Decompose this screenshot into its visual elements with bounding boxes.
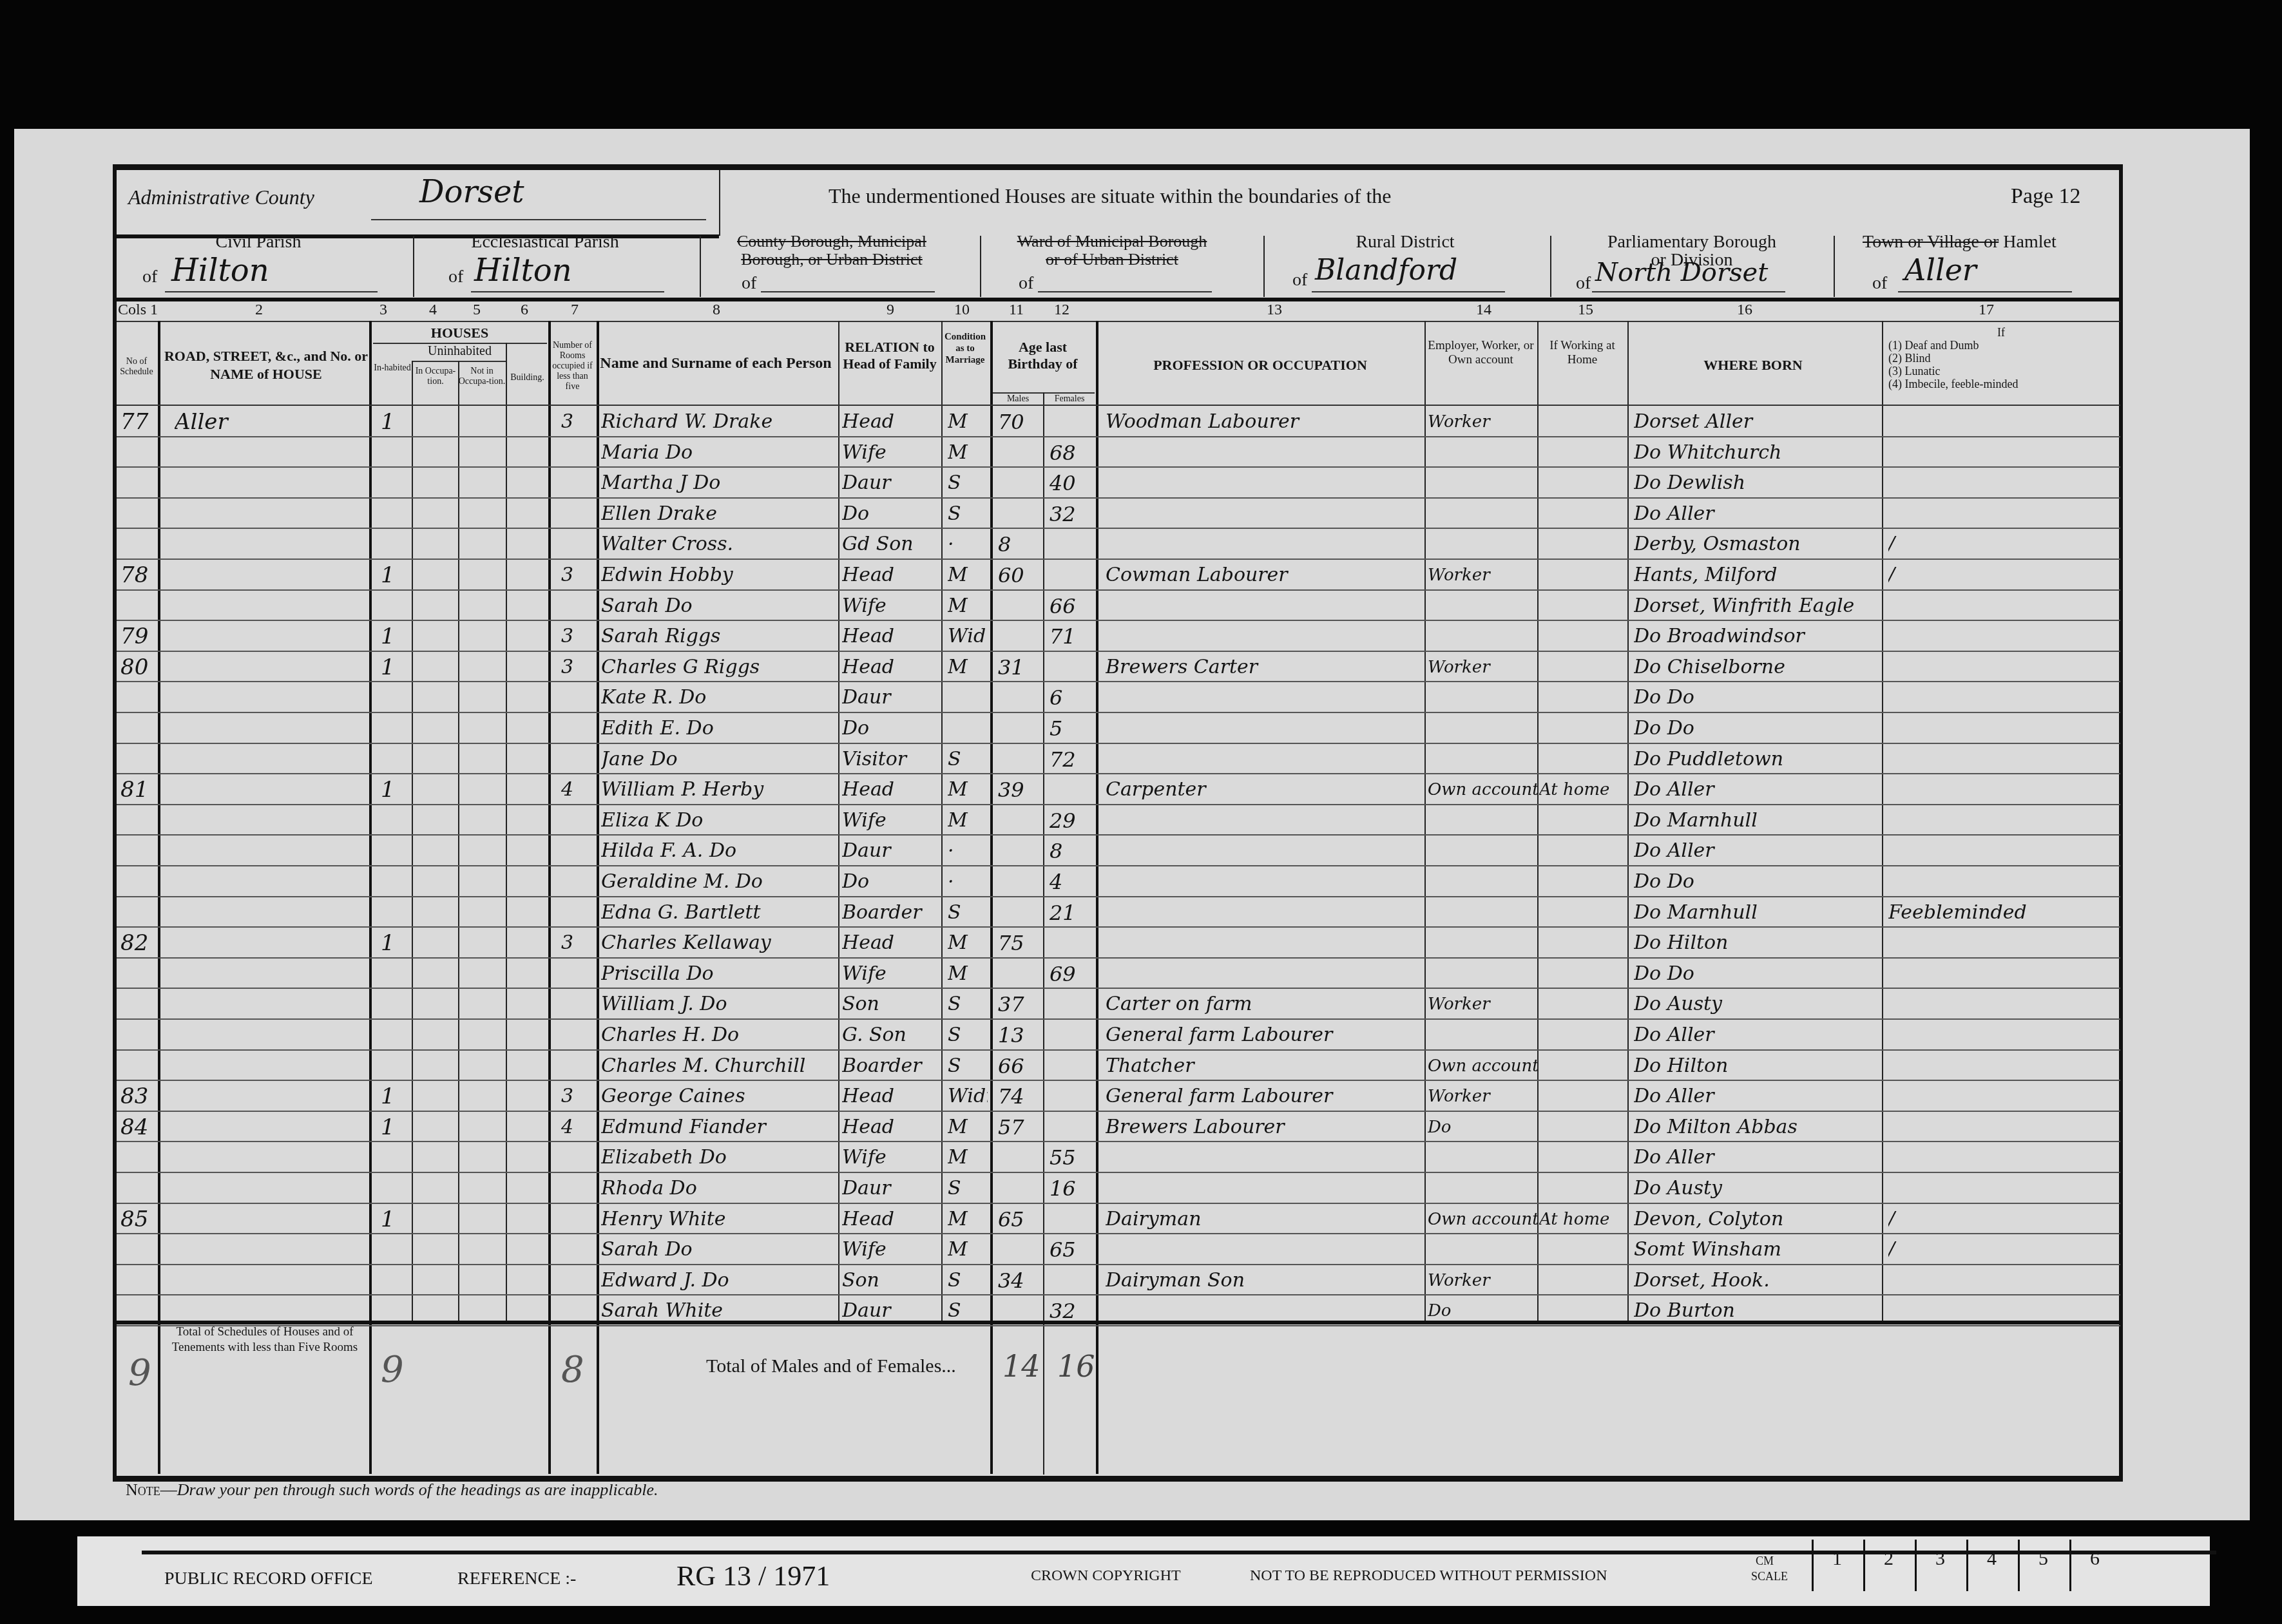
- cell-male-age: 70: [998, 408, 1042, 436]
- table-row: Jane DoVisitorS72Do Puddletown: [117, 744, 2120, 775]
- header-relation: RELATION to Head of Family: [841, 339, 938, 372]
- cell-female-age: 68: [1050, 439, 1093, 467]
- page-number: Page 12: [2011, 184, 2081, 209]
- cell-relation: Boarder: [842, 1052, 939, 1080]
- cell-male-age: 75: [998, 929, 1042, 957]
- ward-label-2: or of Urban District: [983, 250, 1241, 269]
- cell-schedule: 79: [120, 622, 157, 651]
- cell-relation: Head: [842, 1205, 939, 1234]
- rural-district-underline: [1312, 291, 1505, 292]
- ecclesiastical-parish-underline: [471, 291, 664, 292]
- col-number-16: 16: [1737, 301, 1752, 319]
- table-row: 8213Charles KellawayHeadM75Do Hilton: [117, 928, 2120, 959]
- cell-condition: M: [948, 776, 988, 804]
- hamlet-value: Aller: [1904, 253, 1977, 287]
- cell-name: Hilda F. A. Do: [601, 837, 836, 865]
- crown-copyright: CROWN COPYRIGHT: [1031, 1567, 1181, 1585]
- cell-employment: Do: [1428, 1113, 1537, 1142]
- table-row: 8414Edmund FianderHeadM57Brewers Laboure…: [117, 1112, 2120, 1143]
- table-row: Geraldine M. DoDo·4Do Do: [117, 866, 2120, 897]
- note-text: Draw your pen through such words of the …: [177, 1480, 658, 1499]
- cell-occupation: Brewers Carter: [1106, 653, 1421, 682]
- cell-relation: Daur: [842, 1174, 939, 1203]
- header-uninhabited: Uninhabited: [413, 344, 506, 359]
- cell-employment: Worker: [1428, 653, 1537, 682]
- district-divider: [980, 236, 981, 297]
- cell-condition: S: [948, 469, 988, 497]
- cell-relation: Son: [842, 990, 939, 1018]
- table-row: William J. DoSonS37Carter on farmWorkerD…: [117, 989, 2120, 1020]
- cell-female-age: 66: [1050, 592, 1093, 620]
- cell-condition: M: [948, 929, 988, 957]
- header-rooms: Number of Rooms occupied if less than fi…: [551, 341, 593, 392]
- cell-rooms: 4: [561, 776, 593, 804]
- cell-relation: Daur: [842, 683, 939, 712]
- header-at-home: If Working at Home: [1540, 339, 1624, 367]
- cell-name: Sarah Riggs: [601, 622, 836, 651]
- cell-born: Do Do: [1634, 714, 1882, 743]
- header-condition: Condition as to Marriage: [943, 331, 987, 366]
- cell-name: Edwin Hobby: [601, 561, 836, 589]
- cell-born: Do Hilton: [1634, 1052, 1882, 1080]
- scale-mark: 1: [1812, 1540, 1861, 1591]
- cell-name: Walter Cross.: [601, 530, 836, 559]
- table-row: 8013Charles G RiggsHeadM31Brewers Carter…: [117, 652, 2120, 683]
- cell-name: Geraldine M. Do: [601, 868, 836, 896]
- cell-relation: Wife: [842, 807, 939, 835]
- cell-relation: G. Son: [842, 1021, 939, 1049]
- boundary-text: The undermentioned Houses are situate wi…: [829, 184, 1392, 208]
- col-number-1: Cols 1: [118, 301, 158, 319]
- col-number-12: 12: [1054, 301, 1069, 319]
- admin-county-box-edge: [719, 170, 720, 236]
- scale-mark: 3: [1915, 1540, 1964, 1591]
- civil-parish-label: Civil Parish: [129, 232, 387, 253]
- infirmity-if: If: [1888, 326, 2114, 339]
- header-divider: [117, 298, 2120, 301]
- total-schedules-label: Total of Schedules of Houses and of Tene…: [165, 1324, 365, 1355]
- total-inhabited-value: 9: [381, 1349, 404, 1391]
- cell-name: Edna G. Bartlett: [601, 899, 836, 927]
- cell-schedule: 78: [120, 561, 157, 589]
- header-schedule: No of Schedule: [117, 357, 157, 377]
- cell-female-age: 21: [1050, 899, 1093, 927]
- cell-occupation: Dairyman Son: [1106, 1266, 1421, 1295]
- cell-condition: S: [948, 1021, 988, 1049]
- permission-notice: NOT TO BE REPRODUCED WITHOUT PERMISSION: [1250, 1567, 1607, 1585]
- cell-schedule: 84: [120, 1113, 157, 1142]
- table-row: Hilda F. A. DoDaur·8Do Aller: [117, 836, 2120, 866]
- cell-relation: Head: [842, 929, 939, 957]
- header-in-occupation: In Occupa-tion.: [413, 367, 458, 387]
- cell-born: Do Whitchurch: [1634, 439, 1882, 467]
- cell-relation: Son: [842, 1266, 939, 1295]
- cell-condition: M: [948, 439, 988, 467]
- cell-relation: Wife: [842, 1143, 939, 1172]
- cell-occupation: Thatcher: [1106, 1052, 1421, 1080]
- cell-male-age: 34: [998, 1266, 1042, 1295]
- table-row: Elizabeth DoWifeM55Do Aller: [117, 1142, 2120, 1173]
- col-number-6: 6: [521, 301, 528, 319]
- header-age: Age last Birthday of: [993, 339, 1093, 372]
- civil-parish-of: of: [142, 267, 157, 287]
- cell-occupation: General farm Labourer: [1106, 1021, 1421, 1049]
- parliamentary-underline: [1592, 291, 1785, 292]
- admin-county-label: Administrative County: [128, 186, 314, 209]
- reference-label: REFERENCE :-: [457, 1569, 576, 1589]
- cell-female-age: 69: [1050, 960, 1093, 988]
- cell-occupation: Cowman Labourer: [1106, 561, 1421, 589]
- cell-male-age: 37: [998, 990, 1042, 1018]
- cell-relation: Head: [842, 408, 939, 436]
- district-divider: [700, 236, 701, 297]
- ward-label-1: Ward of Municipal Borough: [983, 232, 1241, 251]
- cell-inhabited: 1: [381, 653, 407, 682]
- table-row: Ellen DrakeDoS32Do Aller: [117, 499, 2120, 530]
- col-number-5: 5: [473, 301, 481, 319]
- cell-at-home: At home: [1539, 776, 1626, 804]
- cell-name: Kate R. Do: [601, 683, 836, 712]
- table-row: Edward J. DoSonS34Dairyman SonWorkerDors…: [117, 1265, 2120, 1296]
- col-number-2: 2: [255, 301, 263, 319]
- cell-relation: Daur: [842, 469, 939, 497]
- header-building: Building.: [506, 373, 548, 383]
- scale-label-cm: CM: [1756, 1554, 1774, 1568]
- cell-born: Do Aller: [1634, 1082, 1882, 1111]
- cell-rooms: 3: [561, 622, 593, 651]
- cell-condition: ·: [948, 868, 988, 896]
- county-borough-label-1: County Borough, Municipal: [703, 232, 961, 251]
- cell-relation: Do: [842, 868, 939, 896]
- col-number-divider: [117, 321, 2120, 322]
- table-row: 7913Sarah RiggsHeadWid71Do Broadwindsor: [117, 621, 2120, 652]
- cell-condition: S: [948, 1266, 988, 1295]
- record-office-label: PUBLIC RECORD OFFICE: [164, 1569, 373, 1589]
- scale-mark: 2: [1863, 1540, 1912, 1591]
- total-females-value: 16: [1057, 1349, 1095, 1384]
- rural-district-value: Blandford: [1315, 254, 1457, 287]
- cell-name: Charles Kellaway: [601, 929, 836, 957]
- cell-employment: Own account: [1428, 776, 1537, 804]
- cell-condition: M: [948, 1143, 988, 1172]
- scale-mark: 6: [2069, 1540, 2118, 1591]
- cell-condition: M: [948, 653, 988, 682]
- cell-name: Maria Do: [601, 439, 836, 467]
- header-houses: HOUSES: [374, 325, 545, 341]
- table-row: Edith E. DoDo5Do Do: [117, 713, 2120, 744]
- table-row: Kate R. DoDaur6Do Do: [117, 682, 2120, 713]
- cell-schedule: 81: [120, 776, 157, 804]
- cell-born: Do Hilton: [1634, 929, 1882, 957]
- cell-employment: Worker: [1428, 990, 1537, 1018]
- civil-parish-underline: [165, 291, 378, 292]
- cell-name: Jane Do: [601, 745, 836, 774]
- cell-rooms: 4: [561, 1113, 593, 1142]
- hamlet-underline: [1898, 291, 2072, 292]
- cell-name: Sarah Do: [601, 1236, 836, 1264]
- cell-inhabited: 1: [381, 408, 407, 436]
- cell-name: Edmund Fiander: [601, 1113, 836, 1142]
- totals-divider: [117, 1321, 2120, 1324]
- rural-district-label: Rural District: [1267, 232, 1544, 253]
- table-row: Sarah DoWifeM65Somt Winsham/: [117, 1234, 2120, 1265]
- cell-male-age: 60: [998, 561, 1042, 589]
- col-number-4: 4: [429, 301, 437, 319]
- cell-schedule: 77: [120, 408, 157, 436]
- cell-inhabited: 1: [381, 622, 407, 651]
- cell-born: Somt Winsham: [1634, 1236, 1882, 1264]
- cell-rooms: 3: [561, 929, 593, 957]
- cell-born: Do Aller: [1634, 837, 1882, 865]
- table-row: Edna G. BartlettBoarderS21Do MarnhullFee…: [117, 897, 2120, 928]
- parliamentary-of: of: [1576, 273, 1591, 294]
- cell-infirmity: /: [1888, 1236, 2114, 1264]
- cell-female-age: 71: [1050, 622, 1093, 651]
- cell-relation: Do: [842, 714, 939, 743]
- cell-female-age: 4: [1050, 868, 1093, 896]
- cell-employment: Own account: [1428, 1052, 1537, 1080]
- cell-road: Aller: [175, 408, 361, 436]
- cell-occupation: General farm Labourer: [1106, 1082, 1421, 1111]
- cell-rooms: 3: [561, 1082, 593, 1111]
- cell-born: Do Puddletown: [1634, 745, 1882, 774]
- cell-born: Do Austy: [1634, 1174, 1882, 1203]
- cell-occupation: Dairyman: [1106, 1205, 1421, 1234]
- hamlet-label-kept: Hamlet: [2003, 232, 2056, 252]
- header-males: Males: [993, 394, 1043, 405]
- district-divider: [1263, 236, 1265, 297]
- cell-employment: Worker: [1428, 408, 1537, 436]
- cell-rooms: 3: [561, 408, 593, 436]
- cell-female-age: 32: [1050, 500, 1093, 528]
- cell-condition: S: [948, 745, 988, 774]
- header-where-born: WHERE BORN: [1627, 357, 1879, 374]
- cell-relation: Head: [842, 776, 939, 804]
- row-rule: [117, 1325, 2120, 1326]
- cell-male-age: 65: [998, 1205, 1042, 1234]
- county-borough-of: of: [742, 273, 756, 294]
- cell-male-age: 74: [998, 1082, 1042, 1111]
- cell-male-age: 57: [998, 1113, 1042, 1142]
- cell-relation: Head: [842, 1113, 939, 1142]
- cell-schedule: 80: [120, 653, 157, 682]
- table-row: 7813Edwin HobbyHeadM60Cowman LabourerWor…: [117, 560, 2120, 591]
- scale-mark: 5: [2018, 1540, 2067, 1591]
- cell-inhabited: 1: [381, 776, 407, 804]
- table-row: Charles M. ChurchillBoarderS66ThatcherOw…: [117, 1051, 2120, 1082]
- hamlet-label: Town or Village or Hamlet: [1863, 232, 2057, 253]
- cell-name: Henry White: [601, 1205, 836, 1234]
- col-number-3: 3: [379, 301, 387, 319]
- header-infirmity: If (1) Deaf and Dumb (2) Blind (3) Lunat…: [1888, 326, 2114, 390]
- cell-female-age: 6: [1050, 683, 1093, 712]
- cell-female-age: 55: [1050, 1143, 1093, 1172]
- cell-relation: Head: [842, 622, 939, 651]
- cell-condition: Widr: [948, 1082, 988, 1111]
- cell-female-age: 29: [1050, 807, 1093, 835]
- cell-name: Charles M. Churchill: [601, 1052, 836, 1080]
- table-row: 8114William P. HerbyHeadM39CarpenterOwn …: [117, 774, 2120, 805]
- cell-occupation: Carpenter: [1106, 776, 1421, 804]
- cell-condition: M: [948, 1113, 988, 1142]
- cell-condition: S: [948, 1174, 988, 1203]
- cell-condition: M: [948, 1236, 988, 1264]
- cell-born: Do Marnhull: [1634, 807, 1882, 835]
- cell-female-age: 5: [1050, 714, 1093, 743]
- cell-relation: Daur: [842, 837, 939, 865]
- cell-male-age: 66: [998, 1052, 1042, 1080]
- header-bottom-rule: [117, 405, 2120, 406]
- header-females: Females: [1044, 394, 1095, 405]
- col-number-14: 14: [1476, 301, 1491, 319]
- cell-born: Do Aller: [1634, 1143, 1882, 1172]
- table-row: 851Henry WhiteHeadM65DairymanOwn account…: [117, 1204, 2120, 1235]
- cell-condition: M: [948, 408, 988, 436]
- admin-county-value: Dorset: [419, 174, 524, 210]
- cell-male-age: 39: [998, 776, 1042, 804]
- cell-infirmity: /: [1888, 1205, 2114, 1234]
- total-rooms-value: 8: [561, 1349, 584, 1391]
- cell-relation: Head: [842, 561, 939, 589]
- infirmity-3: (3) Lunatic: [1888, 365, 2114, 377]
- col-number-17: 17: [1979, 301, 1994, 319]
- cell-condition: M: [948, 592, 988, 620]
- cell-name: Charles G Riggs: [601, 653, 836, 682]
- cell-occupation: Brewers Labourer: [1106, 1113, 1421, 1142]
- cell-male-age: 8: [998, 530, 1042, 559]
- cell-employment: Worker: [1428, 1266, 1537, 1295]
- col-number-10: 10: [954, 301, 970, 319]
- rural-district-of: of: [1292, 270, 1307, 291]
- cell-female-age: 40: [1050, 469, 1093, 497]
- cell-born: Dorset, Winfrith Eagle: [1634, 592, 1882, 620]
- cell-born: Do Aller: [1634, 776, 1882, 804]
- cell-inhabited: 1: [381, 561, 407, 589]
- col-number-7: 7: [571, 301, 579, 319]
- ecclesiastical-parish-of: of: [448, 267, 463, 287]
- table-row: Martha J DoDaurS40Do Dewlish: [117, 468, 2120, 499]
- reference-value: RG 13 / 1971: [676, 1560, 830, 1592]
- census-form: Administrative County Dorset The underme…: [113, 164, 2123, 1482]
- cell-rooms: 3: [561, 653, 593, 682]
- cell-female-age: 65: [1050, 1236, 1093, 1264]
- cell-name: Priscilla Do: [601, 960, 836, 988]
- cell-relation: Visitor: [842, 745, 939, 774]
- cell-name: Edith E. Do: [601, 714, 836, 743]
- header-employment: Employer, Worker, or Own account: [1424, 339, 1537, 367]
- cell-condition: ·: [948, 530, 988, 559]
- cell-born: Derby, Osmaston: [1634, 530, 1882, 559]
- scale-mark: 4: [1966, 1540, 2015, 1591]
- cell-condition: M: [948, 1205, 988, 1234]
- cell-female-age: 8: [1050, 837, 1093, 865]
- cell-name: Richard W. Drake: [601, 408, 836, 436]
- district-divider: [413, 236, 414, 297]
- cell-inhabited: 1: [381, 1113, 407, 1142]
- ward-of: of: [1019, 273, 1033, 294]
- cell-inhabited: 1: [381, 929, 407, 957]
- cell-schedule: 85: [120, 1205, 157, 1234]
- civil-parish-value: Hilton: [171, 253, 269, 289]
- cell-born: Do Do: [1634, 960, 1882, 988]
- cell-born: Do Marnhull: [1634, 899, 1882, 927]
- cell-female-age: 72: [1050, 745, 1093, 774]
- infirmity-4: (4) Imbecile, feeble-minded: [1888, 377, 2114, 390]
- cell-condition: ·: [948, 837, 988, 865]
- ecclesiastical-parish-value: Hilton: [474, 253, 572, 289]
- cell-name: Edward J. Do: [601, 1266, 836, 1295]
- cell-name: George Caines: [601, 1082, 836, 1111]
- cell-at-home: At home: [1539, 1205, 1626, 1234]
- table-row: Sarah DoWifeM66Dorset, Winfrith Eagle: [117, 591, 2120, 622]
- cell-employment: Worker: [1428, 561, 1537, 589]
- cell-born: Do Austy: [1634, 990, 1882, 1018]
- admin-county-underline: [371, 219, 706, 220]
- header-not-in-occupation: Not in Occupa-tion.: [458, 367, 506, 387]
- uninhabited-subdivider: [413, 361, 506, 362]
- cell-inhabited: 1: [381, 1082, 407, 1111]
- table-row: Walter Cross.Gd Son·8Derby, Osmaston/: [117, 529, 2120, 560]
- hamlet-label-struck: Town or Village or: [1863, 232, 1999, 252]
- table-row: 8313George CainesHeadWidr74General farm …: [117, 1081, 2120, 1112]
- cell-employment: Own account: [1428, 1205, 1537, 1234]
- cell-name: Eliza K Do: [601, 807, 836, 835]
- cell-condition: M: [948, 807, 988, 835]
- cell-condition: S: [948, 1052, 988, 1080]
- total-schedules-value: 9: [128, 1352, 151, 1394]
- cell-rooms: 3: [561, 561, 593, 589]
- cell-name: Rhoda Do: [601, 1174, 836, 1203]
- cell-condition: M: [948, 960, 988, 988]
- cell-name: Ellen Drake: [601, 500, 836, 528]
- cell-born: Do Dewlish: [1634, 469, 1882, 497]
- table-row: Maria DoWifeM68Do Whitchurch: [117, 437, 2120, 468]
- infirmity-2: (2) Blind: [1888, 352, 2114, 365]
- infirmity-1: (1) Deaf and Dumb: [1888, 339, 2114, 352]
- col-number-9: 9: [887, 301, 894, 319]
- total-males-females-label: Total of Males and of Females...: [706, 1355, 956, 1377]
- header-name: Name and Surname of each Person: [600, 354, 832, 373]
- cell-born: Devon, Colyton: [1634, 1205, 1882, 1234]
- cell-condition: S: [948, 500, 988, 528]
- cell-male-age: 13: [998, 1021, 1042, 1049]
- district-divider: [1550, 236, 1551, 297]
- scale-label-scale: SCALE: [1751, 1570, 1788, 1583]
- cell-condition: M: [948, 561, 988, 589]
- col-number-8: 8: [713, 301, 720, 319]
- county-borough-label-2: Borough, or Urban District: [703, 250, 961, 269]
- cell-relation: Head: [842, 1082, 939, 1111]
- cell-condition: S: [948, 990, 988, 1018]
- table-row: Eliza K DoWifeM29Do Marnhull: [117, 805, 2120, 836]
- district-divider: [1834, 236, 1835, 297]
- cell-employment: Worker: [1428, 1082, 1537, 1111]
- cell-relation: Head: [842, 653, 939, 682]
- cell-born: Do Aller: [1634, 1021, 1882, 1049]
- cell-name: Elizabeth Do: [601, 1143, 836, 1172]
- col-number-11: 11: [1009, 301, 1024, 319]
- cell-male-age: 31: [998, 653, 1042, 682]
- cell-schedule: 83: [120, 1082, 157, 1111]
- cell-name: William J. Do: [601, 990, 836, 1018]
- cell-born: Dorset, Hook.: [1634, 1266, 1882, 1295]
- header-inhabited: In-habited: [373, 363, 412, 374]
- cell-born: Do Milton Abbas: [1634, 1113, 1882, 1142]
- form-note: Note—Draw your pen through such words of…: [126, 1480, 658, 1500]
- total-males-value: 14: [1002, 1349, 1040, 1384]
- col-number-13: 13: [1267, 301, 1282, 319]
- cell-condition: S: [948, 899, 988, 927]
